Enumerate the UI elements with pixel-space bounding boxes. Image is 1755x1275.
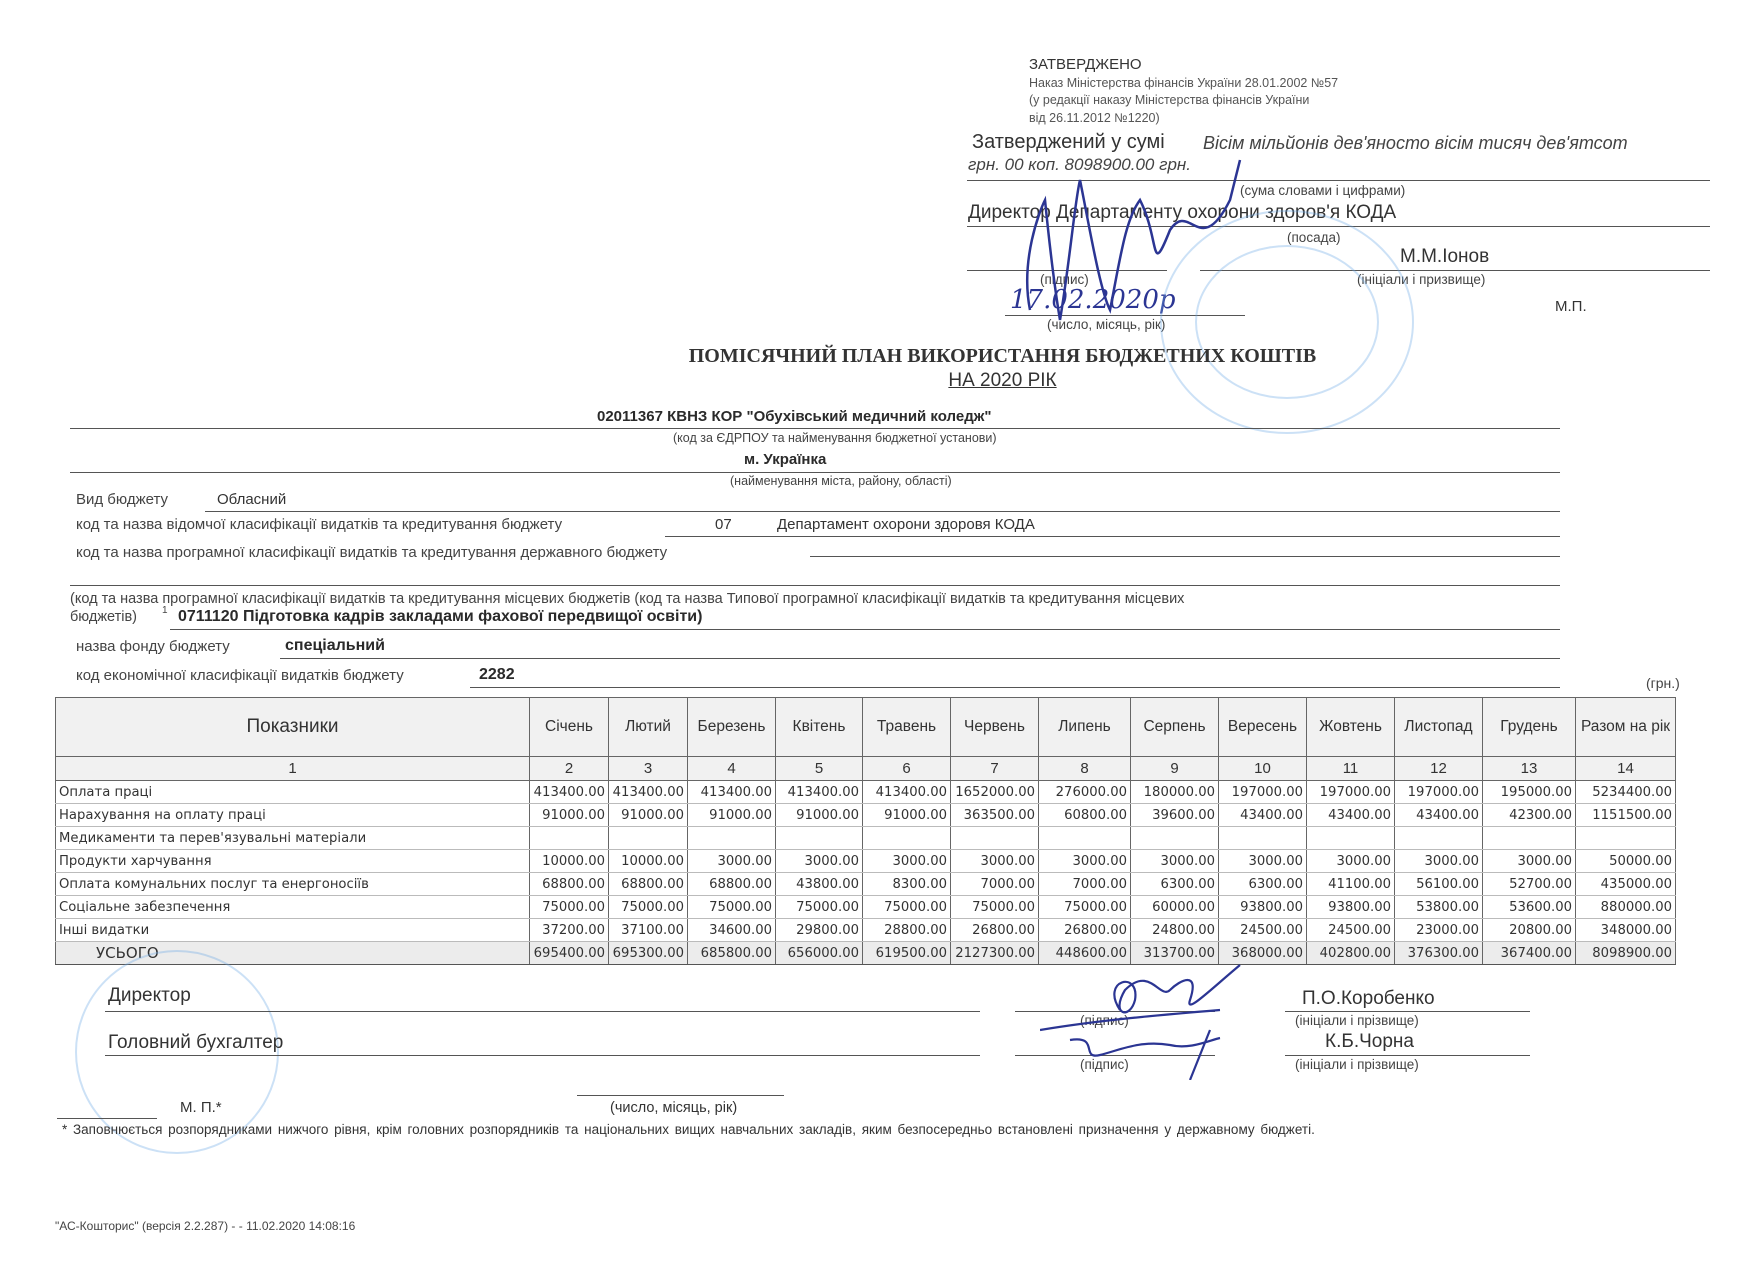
divider (70, 472, 1560, 473)
column-header: Грудень (1483, 698, 1576, 757)
table-cell: 195000.00 (1483, 781, 1576, 804)
table-cell: 402800.00 (1307, 942, 1395, 965)
table-cell (776, 827, 863, 850)
column-number: 1 (56, 757, 530, 781)
column-number: 11 (1307, 757, 1395, 781)
table-cell: 24800.00 (1131, 919, 1219, 942)
table-cell: 60800.00 (1039, 804, 1131, 827)
table-cell: 75000.00 (1039, 896, 1131, 919)
econ-code-value: 2282 (479, 666, 515, 684)
table-cell: 413400.00 (776, 781, 863, 804)
table-cell: 43400.00 (1307, 804, 1395, 827)
table-cell: 39600.00 (1131, 804, 1219, 827)
table-cell: 56100.00 (1395, 873, 1483, 896)
table-cell: 26800.00 (951, 919, 1039, 942)
divider (470, 687, 1560, 688)
table-cell: 276000.00 (1039, 781, 1131, 804)
table-cell: 3000.00 (776, 850, 863, 873)
table-cell: 93800.00 (1307, 896, 1395, 919)
table-cell: 75000.00 (530, 896, 609, 919)
table-cell: 3000.00 (1039, 850, 1131, 873)
column-header: Лютий (609, 698, 688, 757)
table-cell (863, 827, 951, 850)
accountant-label: Головний бухгалтер (108, 1032, 283, 1054)
table-cell (609, 827, 688, 850)
column-number: 4 (688, 757, 776, 781)
table-cell: 197000.00 (1395, 781, 1483, 804)
column-number: 3 (609, 757, 688, 781)
approval-ref-line: від 26.11.2012 №1220) (1029, 111, 1160, 125)
divider (665, 536, 1560, 537)
director-name: П.О.Коробенко (1302, 988, 1435, 1010)
table-cell: 8098900.00 (1576, 942, 1676, 965)
table-row: Продукти харчування10000.0010000.003000.… (56, 850, 1676, 873)
institution-name: 02011367 КВНЗ КОР "Обухівський медичний … (597, 408, 991, 425)
table-cell: 1151500.00 (1576, 804, 1676, 827)
column-header: Вересень (1219, 698, 1307, 757)
table-cell (1039, 827, 1131, 850)
table-row: Медикаменти та перев'язувальні матеріали (56, 827, 1676, 850)
table-cell: 20800.00 (1483, 919, 1576, 942)
budget-table: Показники СіченьЛютийБерезеньКвітеньТрав… (55, 697, 1676, 965)
column-number: 7 (951, 757, 1039, 781)
table-cell: 180000.00 (1131, 781, 1219, 804)
column-number: 14 (1576, 757, 1676, 781)
divider (170, 629, 1560, 630)
table-cell: 91000.00 (863, 804, 951, 827)
column-number: 2 (530, 757, 609, 781)
column-header: Жовтень (1307, 698, 1395, 757)
table-cell: 3000.00 (688, 850, 776, 873)
table-cell: 3000.00 (1395, 850, 1483, 873)
column-header: Травень (863, 698, 951, 757)
table-cell: 23000.00 (1395, 919, 1483, 942)
sum-caption: (сума словами і цифрами) (1240, 183, 1405, 198)
approval-ref-line: Наказ Міністерства фінансів України 28.0… (1029, 76, 1338, 90)
table-cell: 656000.00 (776, 942, 863, 965)
table-cell (1395, 827, 1483, 850)
table-cell: 685800.00 (688, 942, 776, 965)
fund-value: спеціальний (285, 637, 385, 655)
stamp-place-label: М.П. (1555, 298, 1587, 315)
column-header: Березень (688, 698, 776, 757)
footnote: * Заповнюється розпорядниками нижчого рі… (62, 1122, 1315, 1137)
column-header: Липень (1039, 698, 1131, 757)
approved-sum-words: Вісім мільйонів дев'яносто вісім тисяч д… (1203, 133, 1628, 154)
table-cell: 37100.00 (609, 919, 688, 942)
table-cell: 1652000.00 (951, 781, 1039, 804)
table-cell: 413400.00 (609, 781, 688, 804)
table-cell (1307, 827, 1395, 850)
table-cell: 91000.00 (688, 804, 776, 827)
table-total-row: УСЬОГО695400.00695300.00685800.00656000.… (56, 942, 1676, 965)
column-number: 10 (1219, 757, 1307, 781)
column-header: Січень (530, 698, 609, 757)
dept-name: Департамент охорони здоровя КОДА (777, 516, 1035, 533)
table-cell: 24500.00 (1307, 919, 1395, 942)
table-cell: 6300.00 (1131, 873, 1219, 896)
econ-code-label: код економічної класифікації видатків бю… (76, 667, 404, 684)
table-cell: 43400.00 (1395, 804, 1483, 827)
name-caption: (ініціали і прізвище) (1295, 1013, 1419, 1028)
table-cell: 68800.00 (530, 873, 609, 896)
divider (70, 428, 1560, 429)
software-footer: "АС-Кошторис" (версія 2.2.287) - - 11.02… (55, 1219, 355, 1233)
row-label: Оплата праці (56, 781, 530, 804)
column-header: Листопад (1395, 698, 1483, 757)
table-cell: 75000.00 (688, 896, 776, 919)
table-cell: 3000.00 (1307, 850, 1395, 873)
table-cell: 29800.00 (776, 919, 863, 942)
row-label: Нарахування на оплату праці (56, 804, 530, 827)
table-cell: 880000.00 (1576, 896, 1676, 919)
stamp-place-label: М. П.* (180, 1099, 222, 1116)
table-cell: 75000.00 (951, 896, 1039, 919)
table-cell: 26800.00 (1039, 919, 1131, 942)
column-header: Червень (951, 698, 1039, 757)
column-number: 5 (776, 757, 863, 781)
table-cell: 435000.00 (1576, 873, 1676, 896)
table-cell: 2127300.00 (951, 942, 1039, 965)
table-row: Оплата комунальних послуг та енергоносії… (56, 873, 1676, 896)
table-cell (1483, 827, 1576, 850)
table-row: Нарахування на оплату праці91000.0091000… (56, 804, 1676, 827)
table-cell (1576, 827, 1676, 850)
table-cell: 28800.00 (863, 919, 951, 942)
table-cell: 53800.00 (1395, 896, 1483, 919)
table-cell: 7000.00 (951, 873, 1039, 896)
column-header: Разом на рік (1576, 698, 1676, 757)
table-cell: 376300.00 (1395, 942, 1483, 965)
city-name: м. Українка (744, 451, 826, 468)
table-cell: 3000.00 (1219, 850, 1307, 873)
table-cell: 197000.00 (1219, 781, 1307, 804)
table-row: Оплата праці413400.00413400.00413400.004… (56, 781, 1676, 804)
table-cell: 68800.00 (688, 873, 776, 896)
city-caption: (найменування міста, району, області) (730, 474, 952, 488)
currency-label: (грн.) (1646, 675, 1680, 691)
column-header: Квітень (776, 698, 863, 757)
dept-classification-label: код та назва відомчої класифікації видат… (76, 516, 562, 533)
table-cell: 367400.00 (1483, 942, 1576, 965)
column-header: Показники (56, 698, 530, 757)
table-cell: 75000.00 (609, 896, 688, 919)
table-cell: 41100.00 (1307, 873, 1395, 896)
table-cell: 413400.00 (530, 781, 609, 804)
table-cell: 91000.00 (776, 804, 863, 827)
institution-caption: (код за ЄДРПОУ та найменування бюджетної… (673, 431, 997, 445)
row-label: Медикаменти та перев'язувальні матеріали (56, 827, 530, 850)
divider (105, 1055, 980, 1056)
row-label: Інші видатки (56, 919, 530, 942)
approver-name: М.М.Іонов (1400, 246, 1489, 268)
name-line (1285, 1055, 1530, 1056)
table-cell: 91000.00 (609, 804, 688, 827)
table-cell: 695300.00 (609, 942, 688, 965)
table-header-row: Показники СіченьЛютийБерезеньКвітеньТрав… (56, 698, 1676, 757)
table-cell (688, 827, 776, 850)
table-cell: 68800.00 (609, 873, 688, 896)
table-cell: 10000.00 (530, 850, 609, 873)
date-line (577, 1095, 784, 1096)
local-program-label: (код та назва програмної класифікації ви… (70, 591, 1184, 607)
table-cell: 37200.00 (530, 919, 609, 942)
local-program-value: 0711120 Підготовка кадрів закладами фахо… (178, 608, 702, 626)
table-cell: 75000.00 (863, 896, 951, 919)
table-cell: 24500.00 (1219, 919, 1307, 942)
footnote-mark: 1 (162, 605, 168, 616)
table-cell (530, 827, 609, 850)
divider (280, 658, 1560, 659)
table-cell: 52700.00 (1483, 873, 1576, 896)
table-cell: 10000.00 (609, 850, 688, 873)
table-cell: 50000.00 (1576, 850, 1676, 873)
table-cell: 5234400.00 (1576, 781, 1676, 804)
table-cell: 8300.00 (863, 873, 951, 896)
table-cell: 413400.00 (863, 781, 951, 804)
table-cell: 6300.00 (1219, 873, 1307, 896)
divider (70, 585, 1560, 586)
table-cell: 3000.00 (951, 850, 1039, 873)
document-title: ПОМІСЯЧНИЙ ПЛАН ВИКОРИСТАННЯ БЮДЖЕТНИХ К… (0, 345, 1755, 368)
local-program-label-2: бюджетів) (70, 609, 137, 625)
table-cell: 91000.00 (530, 804, 609, 827)
divider (205, 511, 1560, 512)
state-program-label: код та назва програмної класифікації вид… (76, 544, 667, 561)
table-cell: 93800.00 (1219, 896, 1307, 919)
approver-signature (1000, 140, 1260, 340)
table-cell (1131, 827, 1219, 850)
column-number: 6 (863, 757, 951, 781)
row-label: Оплата комунальних послуг та енергоносії… (56, 873, 530, 896)
table-cell: 75000.00 (776, 896, 863, 919)
table-cell: 348000.00 (1576, 919, 1676, 942)
table-cell: 3000.00 (863, 850, 951, 873)
footnote-divider (57, 1118, 157, 1119)
date-caption: (число, місяць, рік) (610, 1100, 737, 1116)
table-cell: 619500.00 (863, 942, 951, 965)
name-line (1285, 1011, 1530, 1012)
table-cell: 34600.00 (688, 919, 776, 942)
row-label: Соціальне забезпечення (56, 896, 530, 919)
table-row: Інші видатки37200.0037100.0034600.002980… (56, 919, 1676, 942)
column-number: 12 (1395, 757, 1483, 781)
table-cell: 43800.00 (776, 873, 863, 896)
table-cell: 197000.00 (1307, 781, 1395, 804)
table-cell: 7000.00 (1039, 873, 1131, 896)
column-number-row: 1234567891011121314 (56, 757, 1676, 781)
table-cell: 695400.00 (530, 942, 609, 965)
budget-type-value: Обласний (217, 491, 286, 508)
table-cell (951, 827, 1039, 850)
column-number: 13 (1483, 757, 1576, 781)
column-number: 8 (1039, 757, 1131, 781)
dept-code: 07 (715, 516, 732, 533)
table-cell: 43400.00 (1219, 804, 1307, 827)
table-cell (1219, 827, 1307, 850)
director-signature (1040, 960, 1280, 1080)
table-cell: 3000.00 (1131, 850, 1219, 873)
budget-type-label: Вид бюджету (76, 491, 168, 508)
table-cell: 413400.00 (688, 781, 776, 804)
fund-label: назва фонду бюджету (76, 638, 230, 655)
table-row: Соціальне забезпечення75000.0075000.0075… (56, 896, 1676, 919)
row-label: УСЬОГО (56, 942, 530, 965)
row-label: Продукти харчування (56, 850, 530, 873)
divider (105, 1011, 980, 1012)
accountant-name: К.Б.Чорна (1325, 1031, 1414, 1053)
table-cell: 363500.00 (951, 804, 1039, 827)
document-year: НА 2020 РІК (0, 370, 1755, 392)
column-number: 9 (1131, 757, 1219, 781)
director-label: Директор (108, 985, 191, 1007)
table-cell: 42300.00 (1483, 804, 1576, 827)
divider (810, 556, 1560, 557)
table-cell: 3000.00 (1483, 850, 1576, 873)
column-header: Серпень (1131, 698, 1219, 757)
approval-title: ЗАТВЕРДЖЕНО (1029, 56, 1142, 73)
table-cell: 53600.00 (1483, 896, 1576, 919)
approval-ref-line: (у редакції наказу Міністерства фінансів… (1029, 93, 1309, 107)
name-caption: (ініціали і прізвище) (1295, 1057, 1419, 1072)
table-cell: 60000.00 (1131, 896, 1219, 919)
